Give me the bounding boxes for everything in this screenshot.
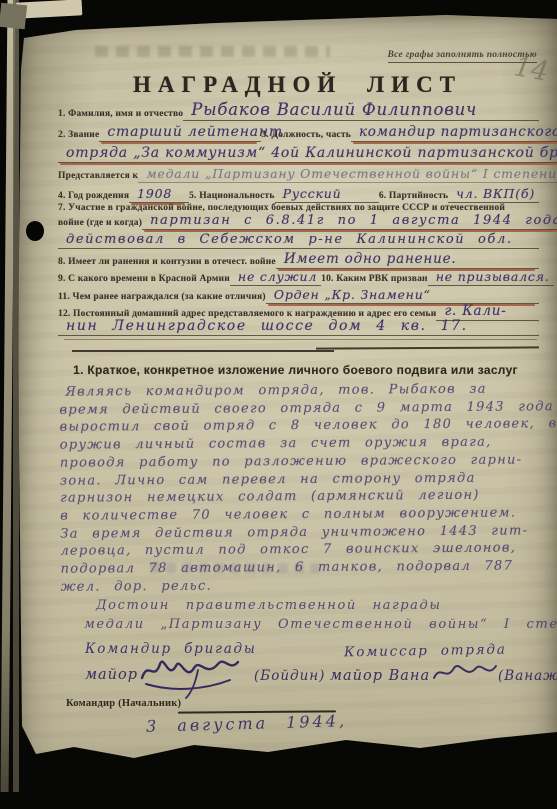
field-war-service-value-line2: действовал в Себежском р-не Калининской … [58, 232, 539, 249]
feat-description: Являясь командиром отряда, тов. Рыбаков … [59, 380, 543, 596]
field-army-since-value: не служил [230, 269, 321, 286]
field-war-service-label-line2: войне (где и когда) [58, 218, 142, 230]
field-rvk-label: 10. Каким РВК призван [321, 274, 428, 286]
right-signer-name: (Ванаж [498, 668, 557, 684]
field-name-row: 1. Фамилия, имя и отчество Рыбаков Васил… [58, 100, 539, 121]
left-signer-name: (Бойдин) [254, 668, 325, 684]
field-prior-awards-row: 11. Чем ранее награждался (за какие отли… [58, 287, 539, 304]
field-name-label: 1. Фамилия, имя и отчество [58, 109, 183, 121]
section1-heading: 1. Краткое, конкретное изложение личного… [50, 363, 541, 377]
field-address-cont-row: нин Ленинградское шоссе дом 4 кв. 17. [58, 318, 539, 336]
field-rank-label: 2. Звание [58, 130, 99, 142]
field-army-since-label: 9. С какого времени в Красной Армии [58, 274, 230, 286]
right-signer-rank: майор Вана [330, 668, 430, 685]
hole-punch [26, 221, 44, 241]
left-signature-autograph [138, 652, 250, 700]
field-party-label: 6. Партийность [379, 191, 448, 203]
field-position-cont-row: отряда „За коммунизм“ 4ой Калининской па… [58, 145, 539, 163]
field-recommended-row: Представляется к медали „Партизану Отече… [58, 166, 539, 183]
field-nationality-label: 5. Национальность [189, 191, 275, 203]
document-title: НАГРАДНОЙ ЛИСТ [58, 72, 537, 97]
field-rank-value: старший лейтенант [99, 124, 261, 142]
feat-line: жел. дор. рельс. [61, 575, 544, 596]
field-war-service-cont-row: действовал в Себежском р-не Калининской … [58, 232, 539, 249]
field-nationality-value: Русский [275, 186, 379, 203]
field-wounds-row: 8. Имеет ли ранения и контузии в отечест… [58, 251, 539, 269]
field-birth-nationality-party-row: 4. Год рождения 1908 5. Национальность Р… [58, 186, 539, 203]
field-army-rvk-row: 9. С какого времени в Красной Армии не с… [58, 269, 539, 286]
film-edge-strip-dark [13, 0, 19, 792]
field-prior-awards-value: Орден „Кр. Знамени“ [266, 287, 539, 304]
field-position-value-cont: отряда „За коммунизм“ 4ой Калининской па… [58, 145, 557, 163]
field-birthyear-value: 1908 [129, 186, 189, 203]
field-war-service-row: войне (где и когда) партизан с 6.8.41г п… [58, 213, 539, 230]
field-rank-position-row: 2. Звание старший лейтенант 3. Должность… [58, 124, 539, 142]
scanned-award-sheet: Все графы заполнять полностью 14 НАГРАДН… [0, 0, 557, 809]
right-signature-autograph [432, 660, 498, 690]
section-divider-left [72, 350, 334, 352]
field-recommended-label: Представляется к [58, 171, 138, 183]
field-name-value: Рыбаков Василий Филиппович [183, 100, 539, 121]
conclusion-line: Достоин правительственной награды [96, 597, 543, 616]
feat-conclusion: Достоин правительственной награды медали… [96, 597, 543, 634]
conclusion-line: медали „Партизану Отечественной войны“ I… [84, 616, 543, 635]
field-wounds-label: 8. Имеет ли ранения и контузии в отечест… [58, 257, 276, 269]
blank-rule-line [64, 339, 537, 340]
field-party-value: чл. ВКП(б) [448, 186, 539, 203]
field-war-service-value-line1: партизан с 6.8.41г по 1 августа 1944 год… [142, 213, 557, 230]
faded-stamp [95, 46, 330, 57]
field-rvk-value: не призывался. [428, 269, 554, 286]
field-address-value-cont: нин Ленинградское шоссе дом 4 кв. 17. [58, 318, 539, 336]
right-signer-role: Комиссар отряда [344, 642, 507, 661]
left-signer-rank: майор [85, 667, 138, 684]
torn-page-sliver-gray [0, 3, 27, 30]
field-wounds-value: Имеет одно ранение. [276, 251, 539, 269]
field-recommended-value: медали „Партизану Отечественной войны“ I… [138, 166, 557, 183]
feat-line: подорвал 78 автомашин, 6 танков, подорва… [61, 557, 544, 578]
field-birthyear-label: 4. Год рождения [58, 191, 129, 203]
field-position-value: командир партизанского [351, 124, 557, 142]
